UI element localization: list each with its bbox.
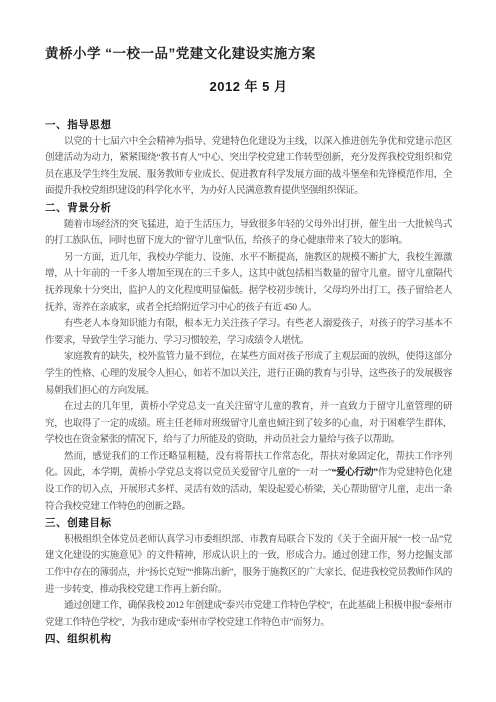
section-heading: 二、背景分析: [45, 200, 452, 217]
paragraph: 家庭教育的缺失，校外监管力量不到位，在某些方面对孩子形成了主观层面的放纵，使得这…: [45, 349, 452, 399]
paragraph-text: 积极组织全体党员老师认真学习市委组织部、市教育局联合下发的《关于全面开展“一校一…: [45, 535, 452, 595]
document-section: 二、背景分析随着市场经济的突飞猛进，迫于生活压力，导致很多年轻的父母外出打拼，催…: [45, 200, 452, 515]
document-section: 一、指导思想以党的十七届六中全会精神为指导、党建特色化建设为主线，以深入推进创先…: [45, 117, 452, 200]
document-body: 一、指导思想以党的十七届六中全会精神为指导、党建特色化建设为主线，以深入推进创先…: [45, 117, 452, 648]
paragraph: 以党的十七届六中全会精神为指导、党建特色化建设为主线，以深入推进创先争优和党建示…: [45, 134, 452, 200]
document-page: 黄桥小学 “一校一品”党建文化建设实施方案 2012 年 5 月 一、指导思想以…: [0, 0, 496, 702]
paragraph: 通过创建工作，确保我校 2012 年创建成“泰兴市党建工作特色学校”，在此基础上…: [45, 598, 452, 631]
document-title: 黄桥小学 “一校一品”党建文化建设实施方案: [45, 46, 452, 62]
paragraph-text: 以党的十七届六中全会精神为指导、党建特色化建设为主线，以深入推进创先争优和党建示…: [45, 137, 452, 197]
paragraph-text: 通过创建工作，确保我校 2012 年创建成“泰兴市党建工作特色学校”，在此基础上…: [45, 601, 452, 628]
paragraph-text: 有些老人本身知识能力有限，根本无力关注孩子学习。有些老人溺爱孩子，对孩子的学习基…: [45, 319, 452, 346]
section-heading: 一、指导思想: [45, 117, 452, 134]
paragraph: 然而，感觉我们的工作还略显粗糙，没有将帮扶工作常态化，帮扶对象固定化，帮扶工作序…: [45, 449, 452, 515]
emphasized-text: “爱心行动”: [332, 468, 378, 478]
document-section: 三、创建目标积极组织全体党员老师认真学习市委组织部、市教育局联合下发的《关于全面…: [45, 515, 452, 631]
document-date: 2012 年 5 月: [45, 79, 452, 95]
document-section: 四、组织机构: [45, 631, 452, 648]
paragraph-text: 另一方面，近几年，我校办学能力、设施、水平不断提高，施教区的规模不断扩大，我校生…: [45, 253, 452, 313]
paragraph-text: 随着市场经济的突飞猛进，迫于生活压力，导致很多年轻的父母外出打拼，催生出一大批候…: [45, 220, 452, 247]
paragraph: 另一方面，近几年，我校办学能力、设施、水平不断提高，施教区的规模不断扩大，我校生…: [45, 250, 452, 316]
paragraph-text: 家庭教育的缺失，校外监管力量不到位，在某些方面对孩子形成了主观层面的放纵，使得这…: [45, 352, 452, 395]
paragraph: 积极组织全体党员老师认真学习市委组织部、市教育局联合下发的《关于全面开展“一校一…: [45, 532, 452, 598]
paragraph: 有些老人本身知识能力有限，根本无力关注孩子学习。有些老人溺爱孩子，对孩子的学习基…: [45, 316, 452, 349]
paragraph: 在过去的几年里，黄桥小学党总支一直关注留守儿童的教育，并一直致力于留守儿童管理的…: [45, 399, 452, 449]
section-heading: 三、创建目标: [45, 515, 452, 532]
section-heading: 四、组织机构: [45, 631, 452, 648]
paragraph: 随着市场经济的突飞猛进，迫于生活压力，导致很多年轻的父母外出打拼，催生出一大批候…: [45, 217, 452, 250]
paragraph-text: 在过去的几年里，黄桥小学党总支一直关注留守儿童的教育，并一直致力于留守儿童管理的…: [45, 402, 452, 445]
